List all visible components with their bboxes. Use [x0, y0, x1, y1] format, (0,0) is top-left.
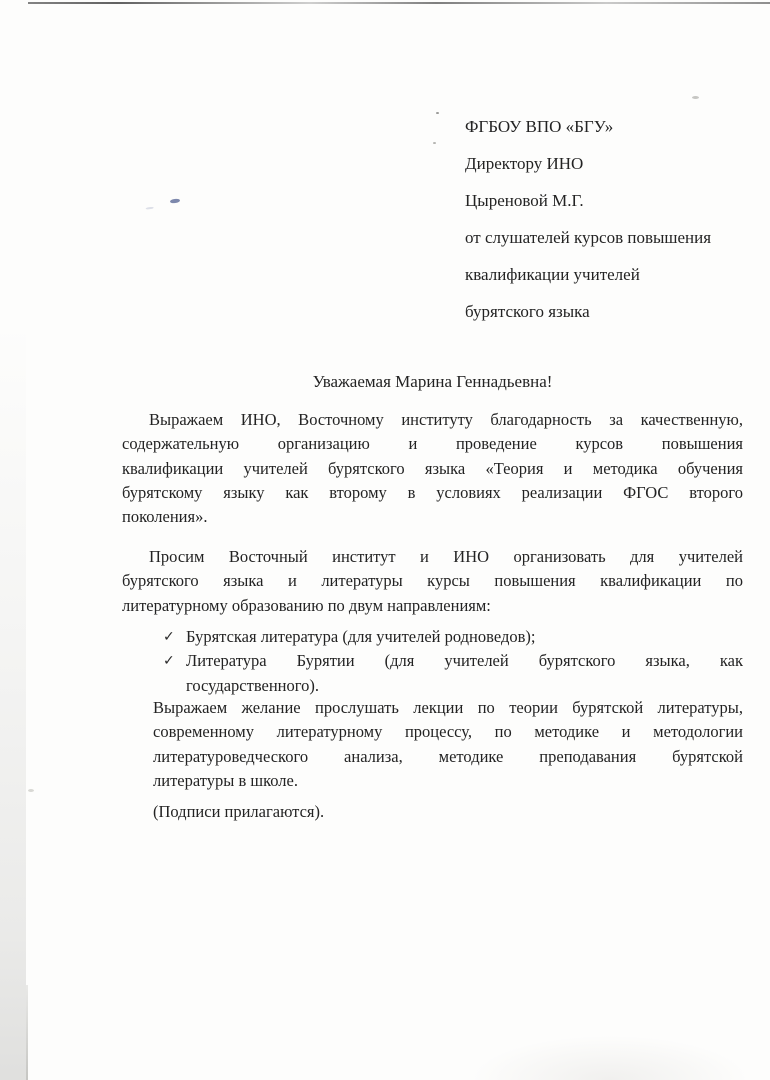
checkmark-icon: ✓ [163, 649, 186, 673]
scanned-letter-page: ФГБОУ ВПО «БГУ»Директору ИНОЦыреновой М.… [0, 0, 770, 1080]
text-line: Выражаем желание прослушать лекции по те… [153, 696, 743, 720]
scan-shadow-left [0, 320, 26, 1080]
paragraph-request: Просим Восточный институт и ИНО организо… [122, 545, 743, 618]
text-line: Бурятская литература (для учителей родно… [186, 625, 743, 649]
scan-speck [433, 142, 436, 144]
text-line: содержательную организацию и проведение … [122, 432, 743, 456]
text-line: бурятскому языку как второму в условиях … [122, 481, 743, 505]
bullet-item-text: Литература Бурятии (для учителей бурятск… [186, 649, 743, 698]
paragraph-gratitude: Выражаем ИНО, Восточному институту благо… [122, 408, 743, 529]
checkmark-icon: ✓ [163, 625, 186, 649]
text-line: Выражаем ИНО, Восточному институту благо… [122, 408, 743, 432]
text-line: от слушателей курсов повышения [465, 219, 755, 256]
pen-ink-mark [170, 198, 180, 203]
text-line: ФГБОУ ВПО «БГУ» [465, 108, 755, 145]
text-line: бурятского языка и литературы курсы повы… [122, 569, 743, 593]
text-line: литературоведческого анализа, методике п… [153, 745, 743, 769]
scan-edge-line [28, 2, 770, 4]
text-line: квалификации учителей [465, 256, 755, 293]
recipient-block: ФГБОУ ВПО «БГУ»Директору ИНОЦыреновой М.… [465, 108, 755, 330]
text-line: Литература Бурятии (для учителей бурятск… [186, 649, 743, 673]
text-line: квалификации учителей бурятского языка «… [122, 457, 743, 481]
text-line: Просим Восточный институт и ИНО организо… [122, 545, 743, 569]
scan-speck [436, 112, 439, 114]
text-line: Директору ИНО [465, 145, 755, 182]
paragraph-wish: Выражаем желание прослушать лекции по те… [153, 696, 743, 793]
scan-smudge-bottom [470, 1035, 750, 1080]
text-line: литературы в школе. [153, 769, 743, 793]
bullet-item: ✓ Литература Бурятии (для учителей бурят… [163, 649, 743, 698]
text-line: Цыреновой М.Г. [465, 182, 755, 219]
text-line: современному литературному процессу, по … [153, 720, 743, 744]
signature-note: (Подписи прилагаются). [153, 800, 324, 824]
bullet-list: ✓ Бурятская литература (для учителей род… [163, 625, 743, 698]
text-line: бурятского языка [465, 293, 755, 330]
bullet-item: ✓ Бурятская литература (для учителей род… [163, 625, 743, 649]
scan-speck [692, 96, 699, 99]
salutation: Уважаемая Марина Геннадьевна! [122, 370, 743, 394]
text-line: литературному образованию по двум направ… [122, 594, 743, 618]
scan-speck [28, 789, 34, 792]
text-line: государственного). [186, 674, 743, 698]
text-line: поколения». [122, 505, 743, 529]
bullet-item-text: Бурятская литература (для учителей родно… [186, 625, 743, 649]
scan-shadow-left-edge [26, 985, 28, 1080]
